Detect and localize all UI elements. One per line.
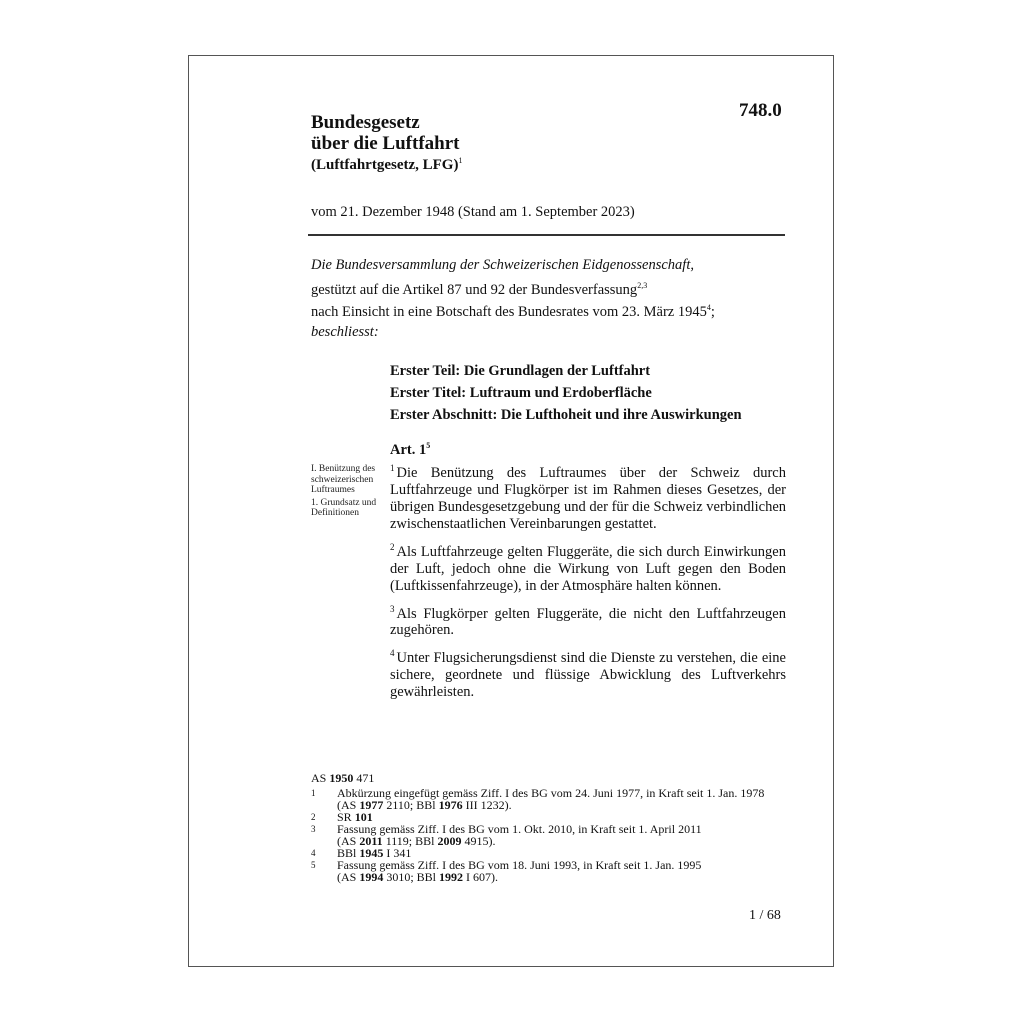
footnote-number: 5 — [311, 859, 337, 883]
preamble-text: gestützt auf die Artikel 87 und 92 der B… — [311, 282, 637, 298]
paragraph-number: 1 — [390, 463, 395, 473]
footnotes: AS 1950 471 1 Abkürzung eingefügt gemäss… — [311, 772, 791, 883]
document-subtitle: (Luftfahrtgesetz, LFG)1 — [311, 156, 462, 174]
document-title: Bundesgesetz über die Luftfahrt — [311, 112, 459, 154]
footnote-text: Fassung gemäss Ziff. I des BG vom 1. Okt… — [337, 823, 791, 847]
document-page: 748.0 Bundesgesetz über die Luftfahrt (L… — [188, 55, 834, 967]
article-paragraph: 3Als Flugkörper gelten Fluggeräte, die n… — [390, 601, 786, 640]
margin-note: 1. Grundsatz und Definitionen — [311, 498, 381, 519]
article-label: Art. 1 — [390, 442, 426, 458]
preamble-line-4: beschliesst: — [311, 324, 791, 341]
subtitle-text: (Luftfahrtgesetz, LFG) — [311, 157, 458, 173]
margin-notes: I. Benützung des schweizerischen Luftrau… — [311, 464, 381, 521]
article-paragraph: 1Die Benützung des Luftraumes über der S… — [390, 460, 786, 533]
footnote-item: 3 Fassung gemäss Ziff. I des BG vom 1. O… — [311, 823, 791, 847]
footnote-item: 1 Abkürzung eingefügt gemäss Ziff. I des… — [311, 787, 791, 811]
heading-section: Erster Abschnitt: Die Lufthoheit und ihr… — [390, 404, 742, 426]
heading-title: Erster Titel: Luftraum und Erdoberfläche — [390, 382, 742, 404]
paragraph-number: 2 — [390, 542, 395, 552]
article-heading: Art. 15 — [390, 441, 430, 459]
footnote-item: 5 Fassung gemäss Ziff. I des BG vom 18. … — [311, 859, 791, 883]
section-headings: Erster Teil: Die Grundlagen der Luftfahr… — [390, 360, 742, 426]
paragraph-number: 3 — [390, 604, 395, 614]
footnote-number: 2 — [311, 811, 337, 823]
paragraph-text: Unter Flugsicherungsdienst sind die Dien… — [390, 650, 786, 700]
footnote-text: Abkürzung eingefügt gemäss Ziff. I des B… — [337, 787, 791, 811]
preamble-line-2: gestützt auf die Artikel 87 und 92 der B… — [311, 277, 791, 299]
source-year: 1950 — [329, 771, 353, 785]
preamble: Die Bundesversammlung der Schweizerische… — [311, 257, 791, 341]
title-line-2: über die Luftfahrt — [311, 133, 459, 154]
footnote-number: 3 — [311, 823, 337, 847]
paragraph-text: Als Luftfahrzeuge gelten Fluggeräte, die… — [390, 544, 786, 594]
preamble-text: ; — [711, 304, 715, 320]
footnote-ref[interactable]: 1 — [458, 156, 462, 165]
source-page: 471 — [353, 771, 374, 785]
article-body: 1Die Benützung des Luftraumes über der S… — [390, 460, 786, 707]
document-date: vom 21. Dezember 1948 (Stand am 1. Septe… — [311, 204, 635, 221]
footnote-number: 1 — [311, 787, 337, 811]
paragraph-number: 4 — [390, 648, 395, 658]
footnote-line: (AS 1994 3010; BBl 1992 I 607). — [337, 871, 791, 883]
footnote-ref[interactable]: 5 — [426, 441, 430, 450]
article-paragraph: 4Unter Flugsicherungsdienst sind die Die… — [390, 645, 786, 701]
margin-note: I. Benützung des schweizerischen Luftrau… — [311, 464, 381, 496]
paragraph-text: Die Benützung des Luftraumes über der Sc… — [390, 465, 786, 532]
article-paragraph: 2Als Luftfahrzeuge gelten Fluggeräte, di… — [390, 539, 786, 595]
sr-number: 748.0 — [739, 100, 782, 122]
heading-part: Erster Teil: Die Grundlagen der Luftfahr… — [390, 360, 742, 382]
source-prefix: AS — [311, 771, 329, 785]
preamble-line-1: Die Bundesversammlung der Schweizerische… — [311, 257, 791, 274]
preamble-line-3: nach Einsicht in eine Botschaft des Bund… — [311, 299, 791, 321]
footnote-line: (AS 1977 2110; BBl 1976 III 1232). — [337, 799, 791, 811]
page-number: 1 / 68 — [749, 908, 781, 924]
footnote-number: 4 — [311, 847, 337, 859]
preamble-text: nach Einsicht in eine Botschaft des Bund… — [311, 304, 707, 320]
footnote-ref[interactable]: 2,3 — [637, 281, 647, 290]
footnote-text: Fassung gemäss Ziff. I des BG vom 18. Ju… — [337, 859, 791, 883]
paragraph-text: Als Flugkörper gelten Fluggeräte, die ni… — [390, 605, 786, 638]
title-line-1: Bundesgesetz — [311, 112, 459, 133]
footnote-source: AS 1950 471 — [311, 772, 791, 784]
header-divider — [308, 234, 785, 236]
